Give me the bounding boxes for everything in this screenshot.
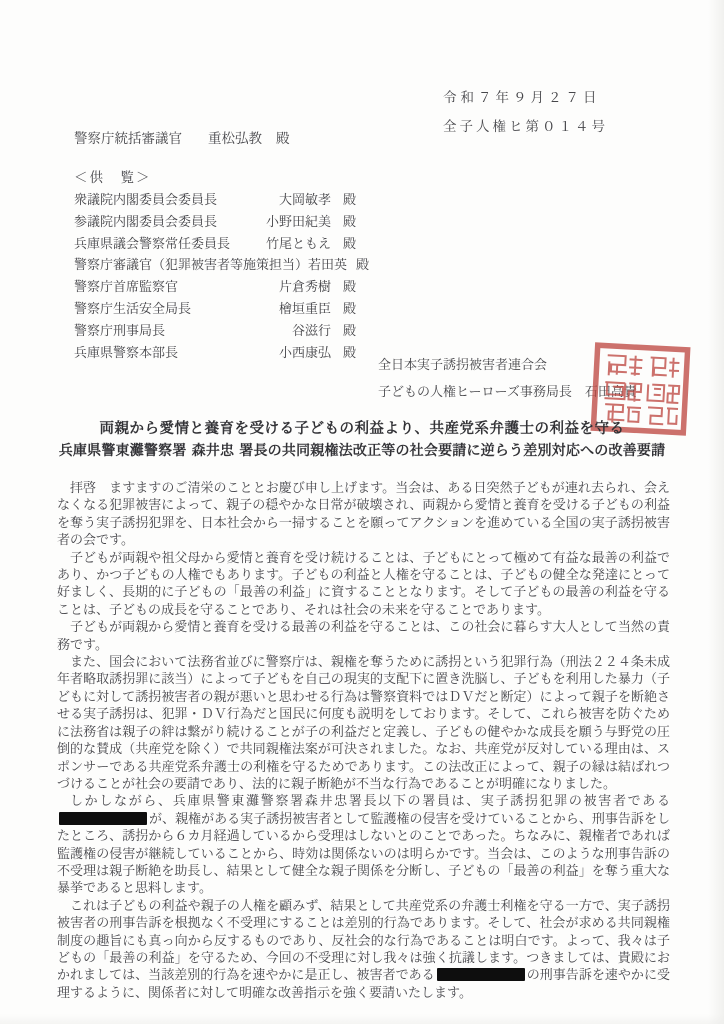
- recipient-row: 警察庁刑事局長谷滋行殿: [74, 320, 356, 342]
- addressee-title: 警察庁統括審議官: [74, 131, 182, 147]
- recipient-honorific: 殿: [356, 254, 369, 273]
- recipient-honorific: 殿: [340, 233, 356, 252]
- document-page: 令和７年９月２７日 全子人権ヒ第０１４号 警察庁統括審議官重松弘教殿 ＜供 覧＞…: [0, 0, 724, 1024]
- recipient-row: 衆議院内閣委員会委員長大岡敏孝殿: [74, 189, 356, 211]
- recipient-list: 衆議院内閣委員会委員長大岡敏孝殿参議院内閣委員会委員長小野田紀美殿兵庫県議会警察…: [74, 189, 356, 363]
- recipient-name: 大岡敏孝: [279, 189, 331, 208]
- redaction-bar: [59, 812, 147, 825]
- recipient-honorific: 殿: [340, 276, 356, 295]
- recipient-honorific: 殿: [340, 342, 356, 361]
- recipient-name: 小野田紀美: [266, 211, 331, 230]
- recipient-row: 警察庁生活安全局長檜垣重臣殿: [74, 298, 356, 320]
- recipient-name: 若田英: [308, 254, 347, 273]
- recipient-name: 谷滋行: [292, 320, 331, 339]
- recipient-row: 兵庫県警察本部長小西康弘殿: [74, 342, 356, 364]
- document-date: 令和７年９月２７日: [443, 84, 608, 113]
- body-paragraph: また、国会において法務省並びに警察庁は、親権を奪うために誘拐という犯罪行為（刑法…: [57, 654, 670, 793]
- subject-line2: 兵庫県警東灘警察署 森井忠 署長の共同親権法改正等の社会要請に逆らう差別対応への…: [0, 440, 724, 463]
- sender-organization: 全日本実子誘拐被害者連合会: [378, 352, 637, 379]
- recipient-honorific: 殿: [340, 320, 356, 339]
- recipient-row: 警察庁審議官（犯罪被害者等施策担当）若田英殿: [74, 254, 356, 276]
- document-number: 全子人権ヒ第０１４号: [443, 113, 608, 142]
- body-paragraph: 子どもが両親や祖父母から愛情と養育を受け続けることは、子どもにとって極めて有益な…: [57, 550, 670, 620]
- recipient-name: 片倉秀樹: [279, 276, 331, 295]
- body-paragraph: 拝啓 ますますのご清栄のこととお慶び申し上げます。当会は、ある日突然子どもが連れ…: [57, 480, 670, 550]
- recipient-title: 兵庫県警察本部長: [74, 342, 279, 361]
- subject-title: 両親から愛情と養育を受ける子どもの利益より、共産党系弁護士の利益を守る 兵庫県警…: [0, 417, 724, 463]
- recipient-title: 警察庁首席監察官: [74, 276, 279, 295]
- scan-shadow-right: [708, 0, 724, 1024]
- body-paragraph: しかしながら、兵庫県警東灘警察署森井忠署長以下の署員は、実子誘拐犯罪の被害者であ…: [57, 793, 670, 897]
- addressee-name: 重松弘教: [208, 131, 262, 147]
- letter-body: 拝啓 ますますのご清栄のこととお慶び申し上げます。当会は、ある日突然子どもが連れ…: [57, 480, 670, 1002]
- body-paragraph: これは子どもの利益や親子の人権を顧みず、結果として共産党系の弁護士利権を守る一方…: [57, 898, 670, 1002]
- sender-signature: 子どもの人権ヒーローズ事務局長 石田高貴: [378, 379, 637, 406]
- recipient-name: 檜垣重臣: [279, 298, 331, 317]
- recipient-title: 兵庫県議会警察常任委員長: [74, 233, 266, 252]
- circulation-label: ＜供 覧＞: [74, 166, 152, 186]
- redaction-bar: [437, 968, 525, 981]
- recipient-row: 兵庫県議会警察常任委員長竹尾ともえ殿: [74, 233, 356, 255]
- sender-block: 全日本実子誘拐被害者連合会 子どもの人権ヒーローズ事務局長 石田高貴: [378, 352, 637, 406]
- recipient-honorific: 殿: [340, 211, 356, 230]
- letterhead: 令和７年９月２７日 全子人権ヒ第０１４号: [443, 84, 608, 142]
- recipient-title: 警察庁生活安全局長: [74, 298, 279, 317]
- addressee-line: 警察庁統括審議官重松弘教殿: [74, 127, 290, 147]
- recipient-honorific: 殿: [340, 189, 356, 208]
- recipient-name: 竹尾ともえ: [266, 233, 331, 252]
- recipient-name: 小西康弘: [279, 342, 331, 361]
- recipient-title: 警察庁刑事局長: [74, 320, 292, 339]
- addressee-honorific: 殿: [276, 131, 290, 147]
- recipient-honorific: 殿: [340, 298, 356, 317]
- body-paragraph: 子どもが両親から愛情と養育を受ける最善の利益を守ることは、この社会に暮らす大人と…: [57, 619, 670, 654]
- scan-shadow-bottom: [0, 1014, 724, 1024]
- recipient-title: 衆議院内閣委員会委員長: [74, 189, 279, 208]
- subject-line1: 両親から愛情と養育を受ける子どもの利益より、共産党系弁護士の利益を守る: [0, 417, 724, 440]
- recipient-row: 参議院内閣委員会委員長小野田紀美殿: [74, 211, 356, 233]
- recipient-title: 参議院内閣委員会委員長: [74, 211, 266, 230]
- recipient-row: 警察庁首席監察官片倉秀樹殿: [74, 276, 356, 298]
- recipient-title: 警察庁審議官（犯罪被害者等施策担当）: [74, 254, 308, 273]
